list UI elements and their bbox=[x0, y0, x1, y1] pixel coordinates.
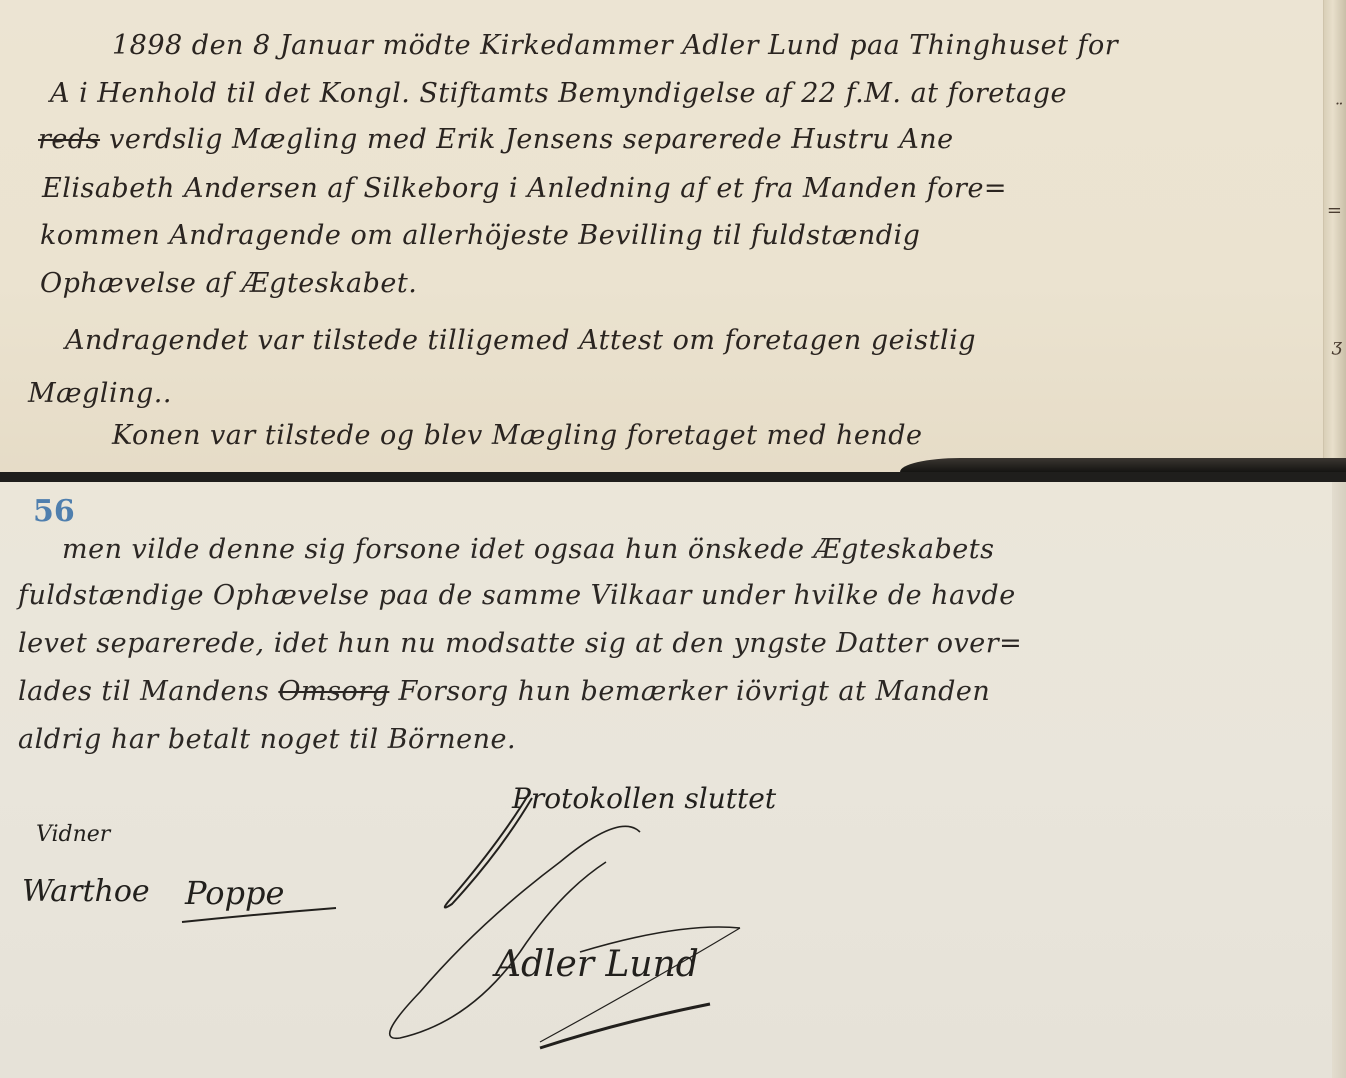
text-line: Konen var tilstede og blev Mægling foret… bbox=[112, 420, 922, 451]
signature-flourish bbox=[0, 482, 1346, 1078]
top-page-fragment: ¨ = ʒ 1898 den 8 Januar mödte Kirkedamme… bbox=[0, 0, 1346, 472]
bottom-page: 56 men vilde denne sig forsone idet ogsa… bbox=[0, 482, 1346, 1078]
struck-word: reds bbox=[38, 124, 100, 155]
text-line: 1898 den 8 Januar mödte Kirkedammer Adle… bbox=[112, 30, 1118, 61]
page-edge bbox=[1323, 0, 1346, 472]
text-line: Andragendet var tilstede tilligemed Atte… bbox=[65, 325, 976, 356]
margin-mark: = bbox=[1327, 200, 1342, 221]
text-line: Elisabeth Andersen af Silkeborg i Anledn… bbox=[42, 173, 1007, 204]
margin-mark: ¨ bbox=[1333, 100, 1342, 121]
text-line: Ophævelse af Ægteskabet. bbox=[40, 268, 417, 299]
margin-mark: ʒ bbox=[1332, 335, 1342, 356]
text-line: kommen Andragende om allerhöjeste Bevill… bbox=[40, 220, 920, 251]
book-binding-edge bbox=[900, 458, 1346, 472]
line-text: verdslig Mægling med Erik Jensens separe… bbox=[100, 124, 954, 155]
text-line: reds verdslig Mægling med Erik Jensens s… bbox=[38, 124, 954, 155]
text-line: A i Henhold til det Kongl. Stiftamts Bem… bbox=[50, 78, 1067, 109]
text-line: Mægling.. bbox=[28, 378, 172, 409]
